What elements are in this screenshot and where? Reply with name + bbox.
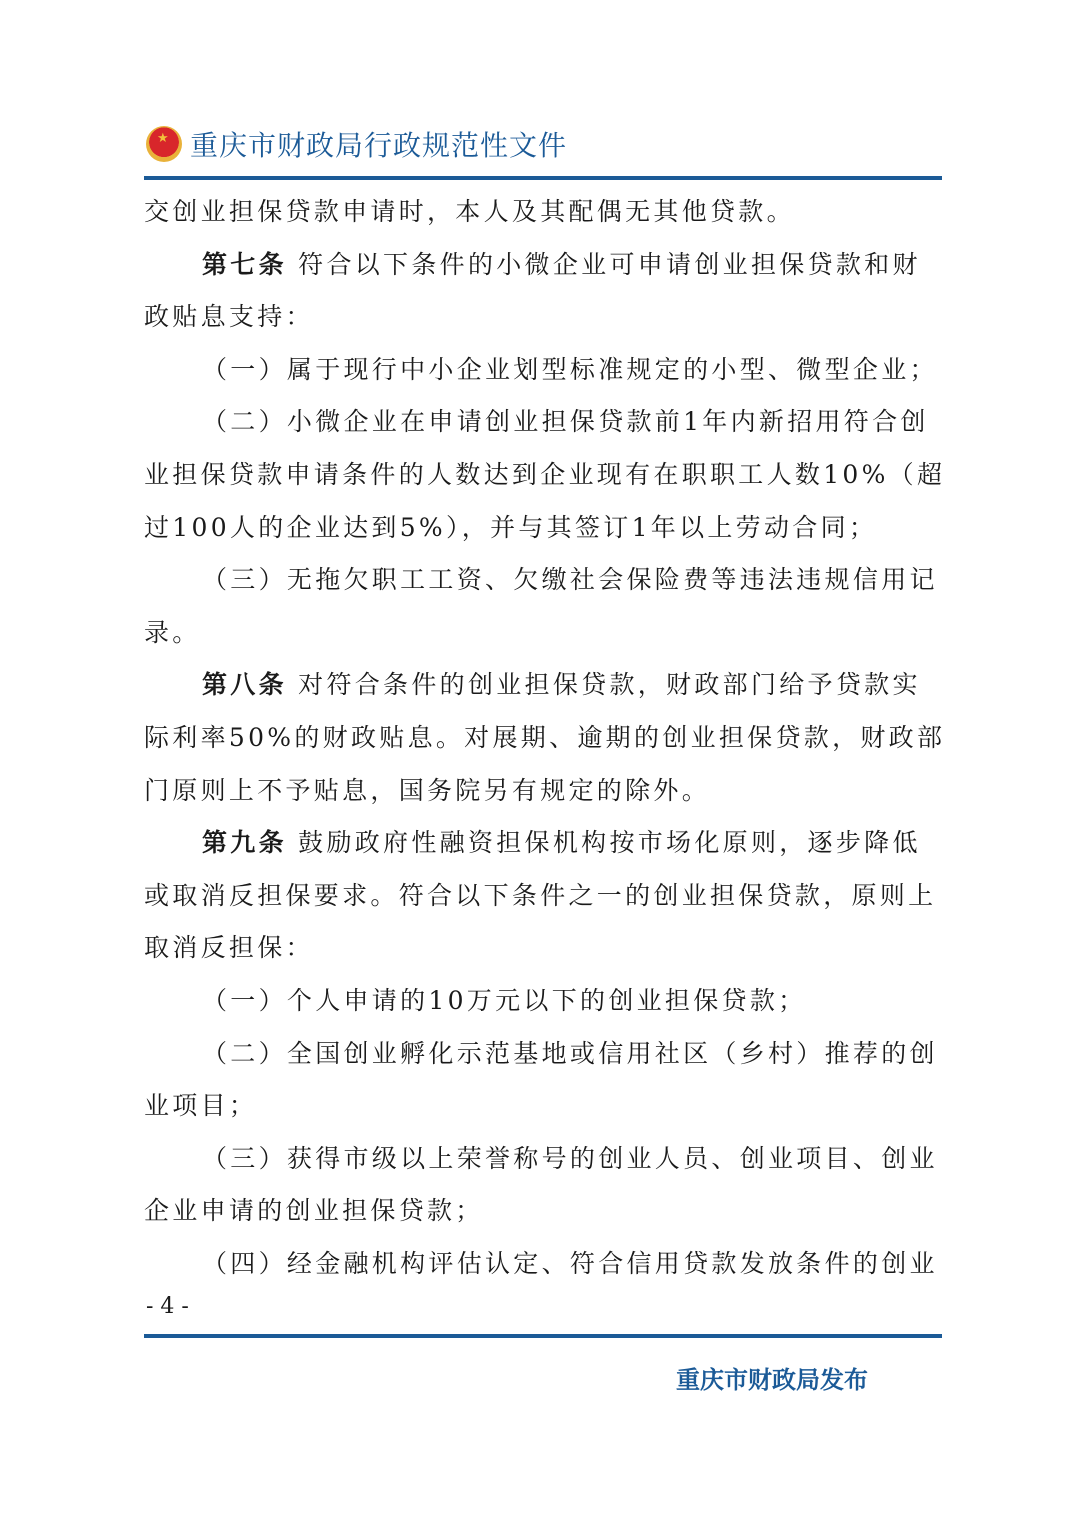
text-line: 业担保贷款申请条件的人数达到企业现有在职职工人数10%（超 xyxy=(144,449,944,502)
line-text: （二）小微企业在申请创业担保贷款前1年内新招用符合创 xyxy=(202,407,929,436)
article-heading: 第八条 xyxy=(202,670,287,699)
line-text: 符合以下条件的小微企业可申请创业担保贷款和财 xyxy=(287,250,921,279)
line-text: 或取消反担保要求。符合以下条件之一的创业担保贷款，原则上 xyxy=(144,881,936,910)
line-text: （二）全国创业孵化示范基地或信用社区（乡村）推荐的创 xyxy=(202,1039,938,1068)
header-title: 重庆市财政局行政规范性文件 xyxy=(190,124,567,164)
line-text: 对符合条件的创业担保贷款，财政部门给予贷款实 xyxy=(287,670,921,699)
text-line: 过100人的企业达到5%），并与其签订1年以上劳动合同； xyxy=(144,502,944,555)
text-line: 业项目； xyxy=(144,1080,944,1133)
line-text: 业担保贷款申请条件的人数达到企业现有在职职工人数10%（超 xyxy=(144,460,945,489)
line-text: 取消反担保： xyxy=(144,933,314,962)
text-line: 第九条 鼓励政府性融资担保机构按市场化原则，逐步降低 xyxy=(144,817,944,870)
line-text: （三）获得市级以上荣誉称号的创业人员、创业项目、创业 xyxy=(202,1144,938,1173)
text-line: 第八条 对符合条件的创业担保贷款，财政部门给予贷款实 xyxy=(144,659,944,712)
line-text: 业项目； xyxy=(144,1091,257,1120)
line-text: 交创业担保贷款申请时，本人及其配偶无其他贷款。 xyxy=(144,197,795,226)
text-line: （一）属于现行中小企业划型标准规定的小型、微型企业； xyxy=(144,344,944,397)
line-text: （四）经金融机构评估认定、符合信用贷款发放条件的创业 xyxy=(202,1249,938,1278)
line-text: 鼓励政府性融资担保机构按市场化原则，逐步降低 xyxy=(287,828,921,857)
line-text: 门原则上不予贴息，国务院另有规定的除外。 xyxy=(144,776,710,805)
line-text: 政贴息支持： xyxy=(144,302,314,331)
text-line: 交创业担保贷款申请时，本人及其配偶无其他贷款。 xyxy=(144,186,944,239)
text-line: 门原则上不予贴息，国务院另有规定的除外。 xyxy=(144,765,944,818)
document-body: 交创业担保贷款申请时，本人及其配偶无其他贷款。第七条 符合以下条件的小微企业可申… xyxy=(144,186,944,1290)
line-text: 企业申请的创业担保贷款； xyxy=(144,1196,484,1225)
text-line: （二）小微企业在申请创业担保贷款前1年内新招用符合创 xyxy=(144,396,944,449)
text-line: （三）无拖欠职工工资、欠缴社会保险费等违法违规信用记 xyxy=(144,554,944,607)
text-line: 际利率50%的财政贴息。对展期、逾期的创业担保贷款，财政部 xyxy=(144,712,944,765)
page-number: - 4 - xyxy=(146,1294,189,1319)
line-text: （三）无拖欠职工工资、欠缴社会保险费等违法违规信用记 xyxy=(202,565,938,594)
text-line: 或取消反担保要求。符合以下条件之一的创业担保贷款，原则上 xyxy=(144,870,944,923)
text-line: （三）获得市级以上荣誉称号的创业人员、创业项目、创业 xyxy=(144,1133,944,1186)
text-line: 取消反担保： xyxy=(144,922,944,975)
text-line: 企业申请的创业担保贷款； xyxy=(144,1185,944,1238)
article-heading: 第九条 xyxy=(202,828,287,857)
article-heading: 第七条 xyxy=(202,250,287,279)
text-line: （一）个人申请的10万元以下的创业担保贷款； xyxy=(144,975,944,1028)
line-text: （一）个人申请的10万元以下的创业担保贷款； xyxy=(202,986,806,1015)
text-line: 第七条 符合以下条件的小微企业可申请创业担保贷款和财 xyxy=(144,239,944,292)
footer-publisher: 重庆市财政局发布 xyxy=(676,1360,868,1395)
footer-divider xyxy=(144,1334,942,1338)
text-line: 政贴息支持： xyxy=(144,291,944,344)
text-line: （二）全国创业孵化示范基地或信用社区（乡村）推荐的创 xyxy=(144,1028,944,1081)
line-text: 录。 xyxy=(144,618,201,647)
text-line: （四）经金融机构评估认定、符合信用贷款发放条件的创业 xyxy=(144,1238,944,1291)
line-text: （一）属于现行中小企业划型标准规定的小型、微型企业； xyxy=(202,355,938,384)
header-divider xyxy=(144,176,942,180)
national-emblem-icon xyxy=(146,126,182,162)
line-text: 过100人的企业达到5%），并与其签订1年以上劳动合同； xyxy=(144,513,877,542)
document-header: 重庆市财政局行政规范性文件 xyxy=(146,124,567,164)
text-line: 录。 xyxy=(144,607,944,660)
line-text: 际利率50%的财政贴息。对展期、逾期的创业担保贷款，财政部 xyxy=(144,723,945,752)
